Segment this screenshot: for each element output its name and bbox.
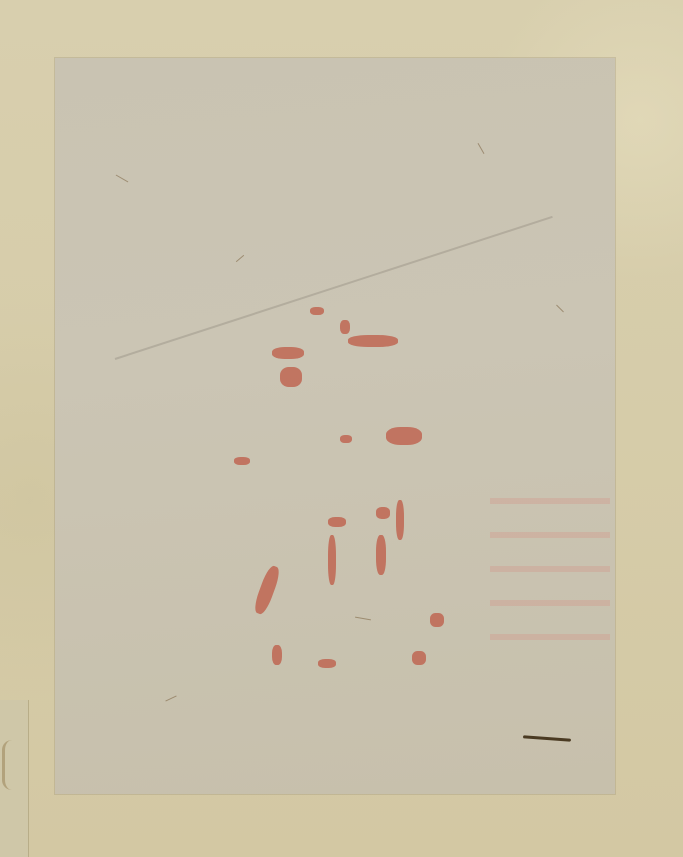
beige-mount-backing — [0, 0, 683, 857]
paper-fiber — [236, 255, 244, 262]
seal-stroke — [310, 307, 324, 315]
seal-stroke — [340, 320, 350, 334]
seal-stroke — [396, 500, 404, 540]
seal-stroke — [340, 435, 352, 443]
seal-stroke — [412, 651, 426, 665]
red-seal-impression — [220, 295, 470, 685]
seal-stroke — [272, 645, 282, 665]
seal-stroke — [252, 564, 282, 616]
seal-stroke — [318, 659, 336, 668]
seal-stroke — [328, 517, 346, 527]
seal-stroke — [376, 507, 390, 519]
seal-stroke — [234, 457, 250, 465]
seal-stroke — [272, 347, 304, 359]
paper-fiber — [478, 143, 485, 154]
seal-stroke — [386, 427, 422, 445]
left-strip-mark — [2, 740, 19, 790]
paper-fiber — [556, 305, 564, 313]
seal-stroke — [430, 613, 444, 627]
seal-stroke — [328, 535, 336, 585]
seal-stroke — [348, 335, 398, 347]
faint-offset-seal — [490, 470, 610, 660]
seal-stroke — [280, 367, 302, 387]
paper-fiber — [116, 175, 129, 183]
paper-fiber — [165, 696, 176, 702]
seal-stroke — [376, 535, 386, 575]
